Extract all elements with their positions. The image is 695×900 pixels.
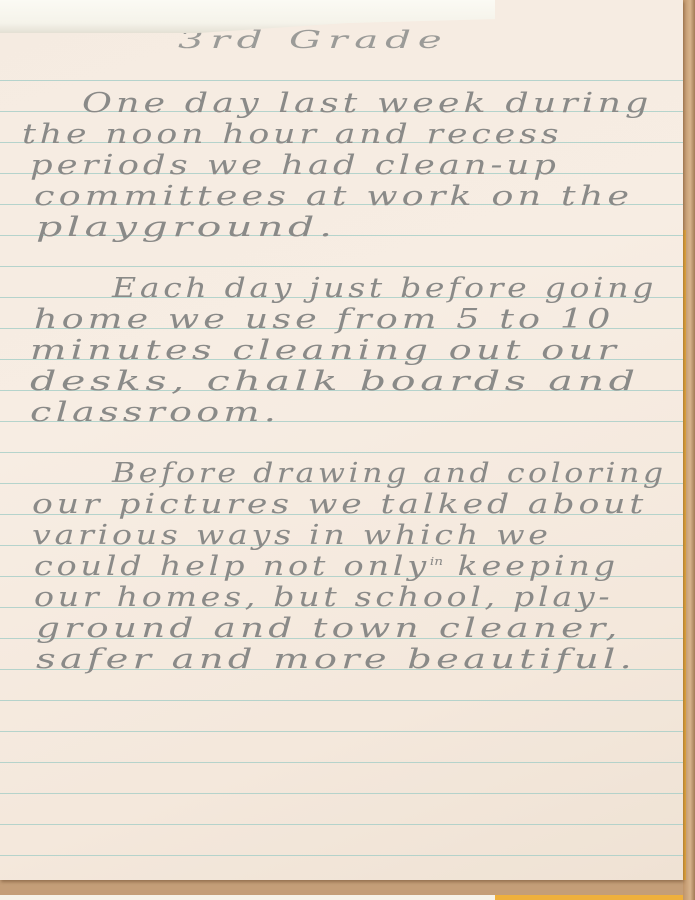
paragraph-1-line-5: playground. bbox=[36, 214, 337, 241]
paragraph-3-line-2: our pictures we talked about bbox=[32, 491, 647, 518]
underlying-sheet-bottom bbox=[0, 895, 495, 900]
paragraph-2-line-1: Each day just before going bbox=[112, 275, 657, 302]
rule-line bbox=[0, 762, 683, 763]
paragraph-2-line-3: minutes cleaning out our bbox=[30, 337, 620, 364]
line-text-continued: keeping bbox=[457, 551, 618, 582]
orange-folder-edge bbox=[683, 230, 686, 880]
insertion-note: in bbox=[430, 555, 443, 568]
paragraph-3-line-3: various ways in which we bbox=[32, 522, 552, 549]
paragraph-2-line-4: desks, chalk boards and bbox=[30, 368, 640, 395]
paragraph-1-line-4: committees at work on the bbox=[34, 183, 633, 210]
line-text: could help not only bbox=[34, 551, 430, 582]
rule-line bbox=[0, 80, 683, 81]
paragraph-1-line-2: the noon hour and recess bbox=[22, 121, 562, 148]
notebook-page: 3rd Grade One day last week during the n… bbox=[0, 0, 683, 880]
paragraph-2-line-5: classroom. bbox=[30, 399, 280, 426]
rule-line bbox=[0, 731, 683, 732]
rule-line bbox=[0, 824, 683, 825]
paragraph-2-line-2: home we use from 5 to 10 bbox=[34, 306, 615, 333]
paragraph-1-line-3: periods we had clean-up bbox=[30, 152, 560, 179]
rule-line bbox=[0, 700, 683, 701]
paragraph-1-line-1: One day last week during bbox=[82, 90, 652, 117]
rule-line bbox=[0, 266, 683, 267]
orange-folder-bottom bbox=[495, 895, 695, 900]
paragraph-3-line-6: ground and town cleaner, bbox=[36, 615, 621, 642]
paragraph-3-line-4: could help not onlyin keeping bbox=[34, 553, 619, 580]
rule-line bbox=[0, 452, 683, 453]
paragraph-3-line-1: Before drawing and coloring bbox=[112, 460, 667, 487]
paragraph-3-line-5: our homes, but school, play- bbox=[34, 584, 613, 611]
rule-line bbox=[0, 855, 683, 856]
rule-line bbox=[0, 793, 683, 794]
paragraph-3-line-7: safer and more beautiful. bbox=[36, 646, 636, 673]
